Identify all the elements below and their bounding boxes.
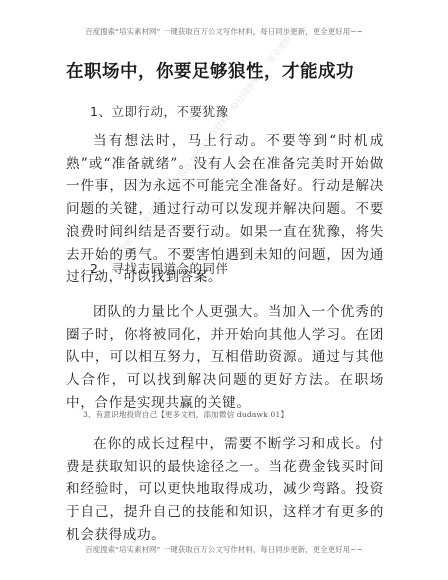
document-title: 在职场中，你要足够狼性，才能成功 (66, 58, 406, 83)
section-heading-2: 2、寻找志同道合的同伴 (90, 259, 228, 277)
header-promo-note: 百度搜索“培实素材网” 一键获取百万公文写作材料，每日同步更新，更全更好用~~ (0, 26, 448, 37)
section-heading-3: 3、有意识地投资自己【更多文档，添加微信 dudawk 01】 (83, 409, 288, 420)
section-heading-1: 1、立即行动，不要犹豫 (90, 102, 228, 120)
section-paragraph-2: 团队的力量比个人更强大。当加入一个优秀的圈子时，你将被同化，并开始向其他人学习。… (66, 301, 384, 415)
section-paragraph-3: 在你的成长过程中，需要不断学习和成长。付费是获取知识的最快途径之一。当花费金钱买… (66, 433, 384, 547)
footer-promo-note: 百度搜索“培实素材网” 一键获取百万公文写作材料，每日同步更新，更全更好用~~ (0, 544, 448, 555)
